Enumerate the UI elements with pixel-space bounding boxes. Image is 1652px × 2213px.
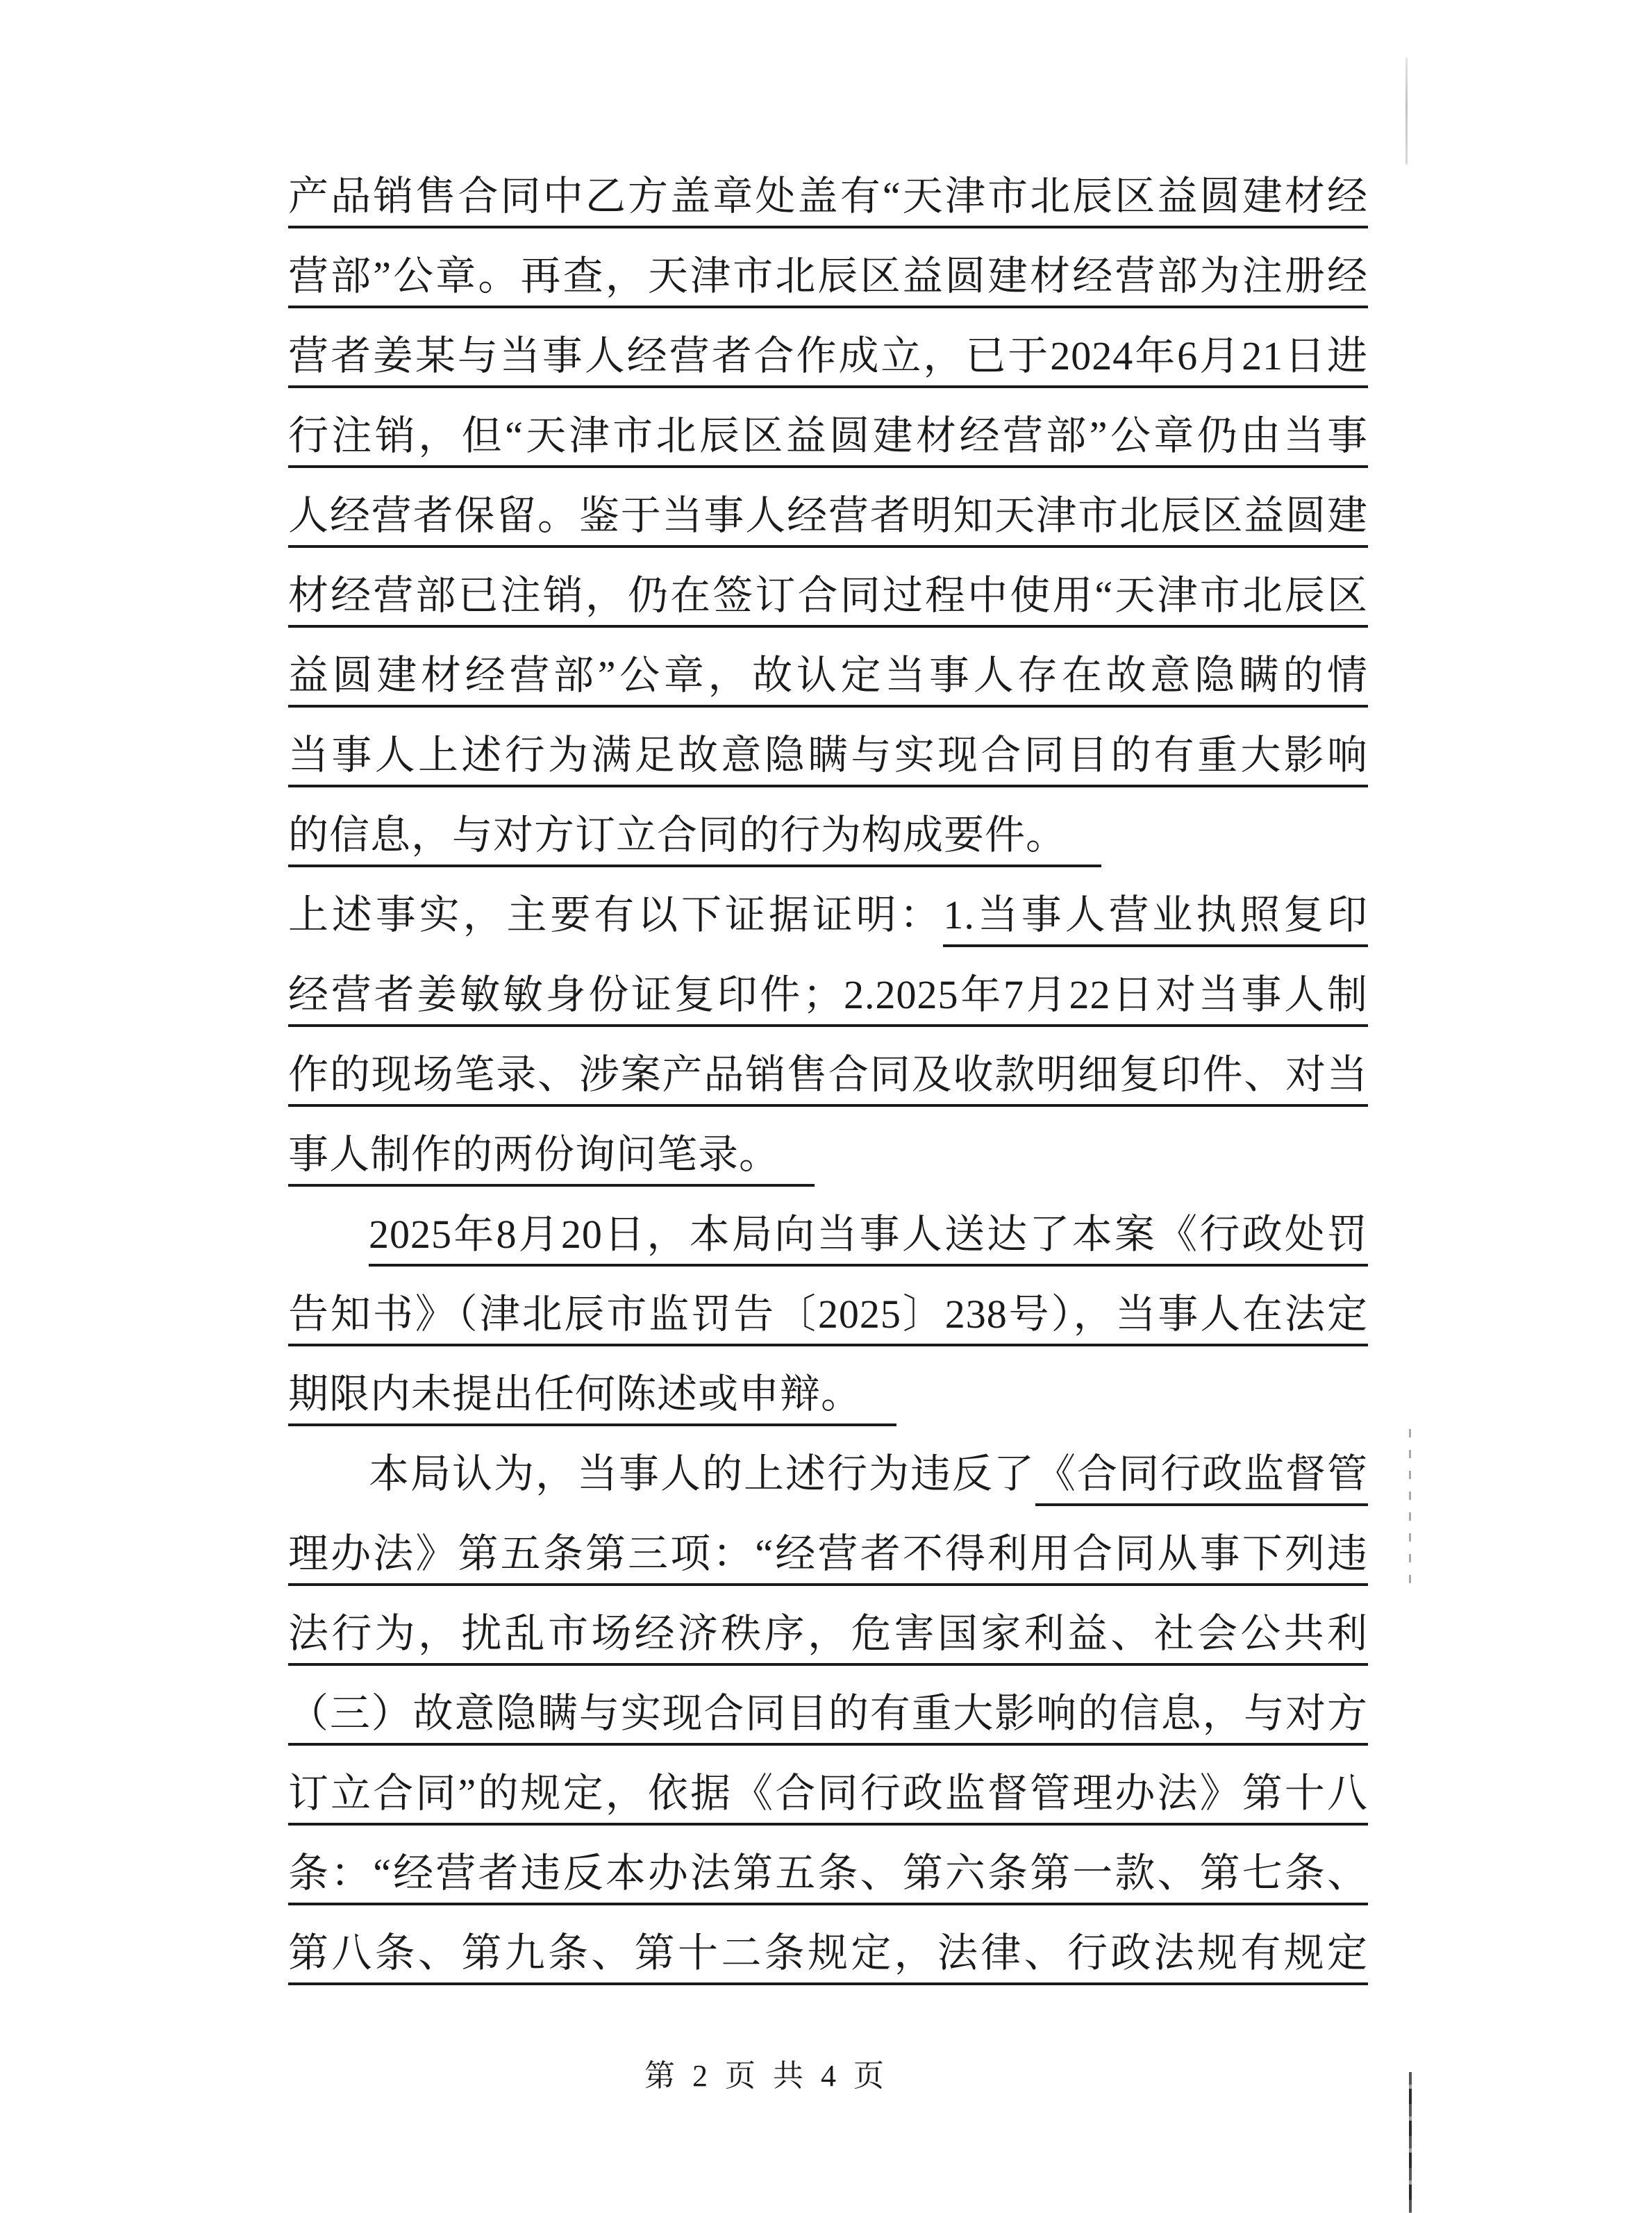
underlined-text: 当事人上述行为满足故意隐瞒与实现合同目的有重大影响 — [288, 733, 1368, 787]
underlined-text: 作的现场笔录、涉案产品销售合同及收款明细复印件、对当 — [288, 1052, 1368, 1107]
text-line: 营者姜某与当事人经营者合作成立，已于2024年6月21日进 — [288, 316, 1368, 396]
underlined-text: 人经营者保留。鉴于当事人经营者明知天津市北辰区益圆建 — [288, 493, 1368, 548]
plain-text: 上述事实，主要有以下证据证明： — [288, 892, 943, 937]
page-number: 第 2 页 共 4 页 — [644, 2060, 885, 2093]
text-line: 第八条、第九条、第十二条规定，法律、行政法规有规定的， — [288, 1913, 1368, 1993]
underlined-text: 益圆建材经营部”公章，故认定当事人存在故意隐瞒的情节。 — [288, 653, 1368, 715]
text-line: 益圆建材经营部”公章，故认定当事人存在故意隐瞒的情节。 — [288, 635, 1368, 715]
underlined-text: 的信息，与对方订立合同的行为构成要件。 — [288, 812, 1101, 867]
text-line: 2025年8月20日，本局向当事人送达了本案《行政处罚 — [288, 1194, 1368, 1274]
underlined-text: 材经营部已注销，仍在签订合同过程中使用“天津市北辰区 — [288, 573, 1368, 628]
text-line: 上述事实，主要有以下证据证明：1.当事人营业执照复印件、 — [288, 875, 1368, 955]
text-line: 期限内未提出任何陈述或申辩。 — [288, 1354, 1368, 1434]
text-line: 产品销售合同中乙方盖章处盖有“天津市北辰区益圆建材经 — [288, 156, 1368, 236]
text-line: 作的现场笔录、涉案产品销售合同及收款明细复印件、对当 — [288, 1035, 1368, 1114]
text-line: 的信息，与对方订立合同的行为构成要件。 — [288, 795, 1368, 875]
scan-artifact — [1409, 2072, 1412, 2213]
underlined-text: 营者姜某与当事人经营者合作成立，已于2024年6月21日进 — [288, 333, 1368, 388]
text-line: 事人制作的两份询问笔录。 — [288, 1114, 1368, 1194]
underlined-text: 产品销售合同中乙方盖章处盖有“天津市北辰区益圆建材经 — [288, 174, 1368, 228]
text-line: 法行为，扰乱市场经济秩序，危害国家利益、社会公共利益： — [288, 1594, 1368, 1673]
text-line: 当事人上述行为满足故意隐瞒与实现合同目的有重大影响 — [288, 715, 1368, 795]
text-line: 营部”公章。再查，天津市北辰区益圆建材经营部为注册经 — [288, 236, 1368, 316]
text-line: 条：“经营者违反本办法第五条、第六条第一款、第七条、 — [288, 1833, 1368, 1913]
underlined-text: 条：“经营者违反本办法第五条、第六条第一款、第七条、 — [288, 1851, 1368, 1905]
text-line: 经营者姜敏敏身份证复印件；2.2025年7月22日对当事人制 — [288, 955, 1368, 1035]
text-line: 理办法》第五条第三项：“经营者不得利用合同从事下列违 — [288, 1514, 1368, 1594]
text-line: 告知书》（津北辰市监罚告〔2025〕238号），当事人在法定 — [288, 1274, 1368, 1354]
text-line: （三）故意隐瞒与实现合同目的有重大影响的信息，与对方 — [288, 1673, 1368, 1753]
underlined-text: 营部”公章。再查，天津市北辰区益圆建材经营部为注册经 — [288, 253, 1368, 308]
text-line: 本局认为，当事人的上述行为违反了《合同行政监督管 — [288, 1434, 1368, 1514]
text-line: 行注销，但“天津市北辰区益圆建材经营部”公章仍由当事 — [288, 396, 1368, 476]
scan-artifact — [1405, 58, 1408, 165]
scanned-page: 产品销售合同中乙方盖章处盖有“天津市北辰区益圆建材经营部”公章。再查，天津市北辰… — [0, 0, 1652, 2213]
underlined-text: 告知书》（津北辰市监罚告〔2025〕238号），当事人在法定 — [288, 1292, 1368, 1346]
text-line: 人经营者保留。鉴于当事人经营者明知天津市北辰区益圆建 — [288, 476, 1368, 556]
underlined-text: 经营者姜敏敏身份证复印件；2.2025年7月22日对当事人制 — [288, 972, 1368, 1027]
underlined-text: 期限内未提出任何陈述或申辩。 — [288, 1371, 896, 1426]
underlined-text: 《合同行政监督管 — [1035, 1451, 1368, 1506]
underlined-text: 行注销，但“天津市北辰区益圆建材经营部”公章仍由当事 — [288, 413, 1368, 468]
underlined-text: 事人制作的两份询问笔录。 — [288, 1132, 815, 1187]
plain-text: 本局认为，当事人的上述行为违反了 — [369, 1451, 1035, 1496]
underlined-text: 订立合同”的规定，依据《合同行政监督管理办法》第十八 — [288, 1771, 1368, 1826]
underlined-text: 2025年8月20日，本局向当事人送达了本案《行政处罚 — [369, 1212, 1368, 1267]
scan-artifact — [1409, 1429, 1411, 1596]
text-line: 材经营部已注销，仍在签订合同过程中使用“天津市北辰区 — [288, 556, 1368, 635]
document-body: 产品销售合同中乙方盖章处盖有“天津市北辰区益圆建材经营部”公章。再查，天津市北辰… — [288, 156, 1368, 1993]
underlined-text: （三）故意隐瞒与实现合同目的有重大影响的信息，与对方 — [288, 1691, 1368, 1746]
text-line: 订立合同”的规定，依据《合同行政监督管理办法》第十八 — [288, 1753, 1368, 1833]
underlined-text: 第八条、第九条、第十二条规定，法律、行政法规有规定的， — [288, 1930, 1368, 1993]
underlined-text: 法行为，扰乱市场经济秩序，危害国家利益、社会公共利益： — [288, 1611, 1368, 1673]
underlined-text: 理办法》第五条第三项：“经营者不得利用合同从事下列违 — [288, 1531, 1368, 1586]
